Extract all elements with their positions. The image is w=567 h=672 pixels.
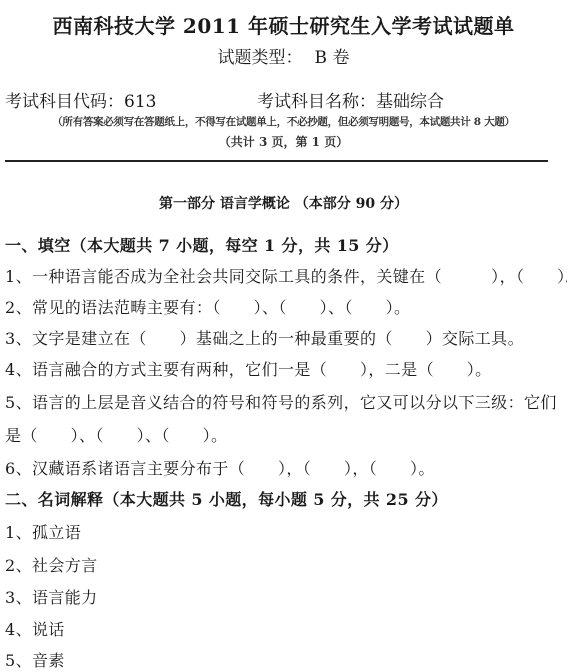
term-item: 5、音素 [5, 648, 65, 671]
exam-page: 西南科技大学 2011 年硕士研究生入学考试试题单 试题类型：B 卷 考试科目代… [0, 0, 567, 672]
section-terms-heading: 二、名词解释（本大题共 5 小题，每小题 5 分，共 25 分） [5, 487, 448, 510]
fill-question: 2、常见的语法范畴主要有：（ ）、（ ）、（ ）。 [5, 295, 410, 318]
fill-question: 5、语言的上层是音义结合的符号和符号的系列，它又可以分以下三级：它们 [5, 390, 557, 413]
part-one-heading: 第一部分 语言学概论 （本部分 90 分） [0, 193, 567, 213]
term-item: 3、语言能力 [5, 585, 98, 608]
fill-question: 6、汉藏语系诸语言主要分布于（ ），（ ），（ ）。 [5, 456, 435, 479]
fill-question-continued: 是（ ）、（ ）、（ ）。 [5, 423, 227, 446]
fill-question: 4、语言融合的方式主要有两种，它们一是（ ），二是（ ）。 [5, 357, 492, 380]
fill-question: 1、一种语言能否成为全社会共同交际工具的条件，关键在（ ），（ ）。 [5, 264, 567, 287]
term-item: 4、说话 [5, 617, 65, 640]
subject-name: 考试科目名称：基础综合 [257, 87, 444, 112]
paper-type-value: B 卷 [315, 48, 350, 68]
subject-code: 考试科目代码：613 [5, 87, 156, 112]
page-info: （共计 3 页，第 1 页） [0, 133, 567, 150]
section-fill-heading: 一、填空（本大题共 7 小题，每空 1 分，共 15 分） [5, 233, 399, 256]
exam-notice: （所有答案必须写在答题纸上，不得写在试题单上，不必抄题，但必须写明题号，本试题共… [0, 114, 567, 129]
term-item: 2、社会方言 [5, 553, 98, 576]
paper-type-label: 试题类型： [218, 48, 303, 68]
term-item: 1、孤立语 [5, 520, 81, 543]
paper-type: 试题类型：B 卷 [0, 43, 567, 68]
fill-question: 3、文字是建立在（ ）基础之上的一种最重要的（ ）交际工具。 [5, 326, 524, 349]
exam-title: 西南科技大学 2011 年硕士研究生入学考试试题单 [0, 10, 567, 39]
header-divider [5, 160, 548, 162]
